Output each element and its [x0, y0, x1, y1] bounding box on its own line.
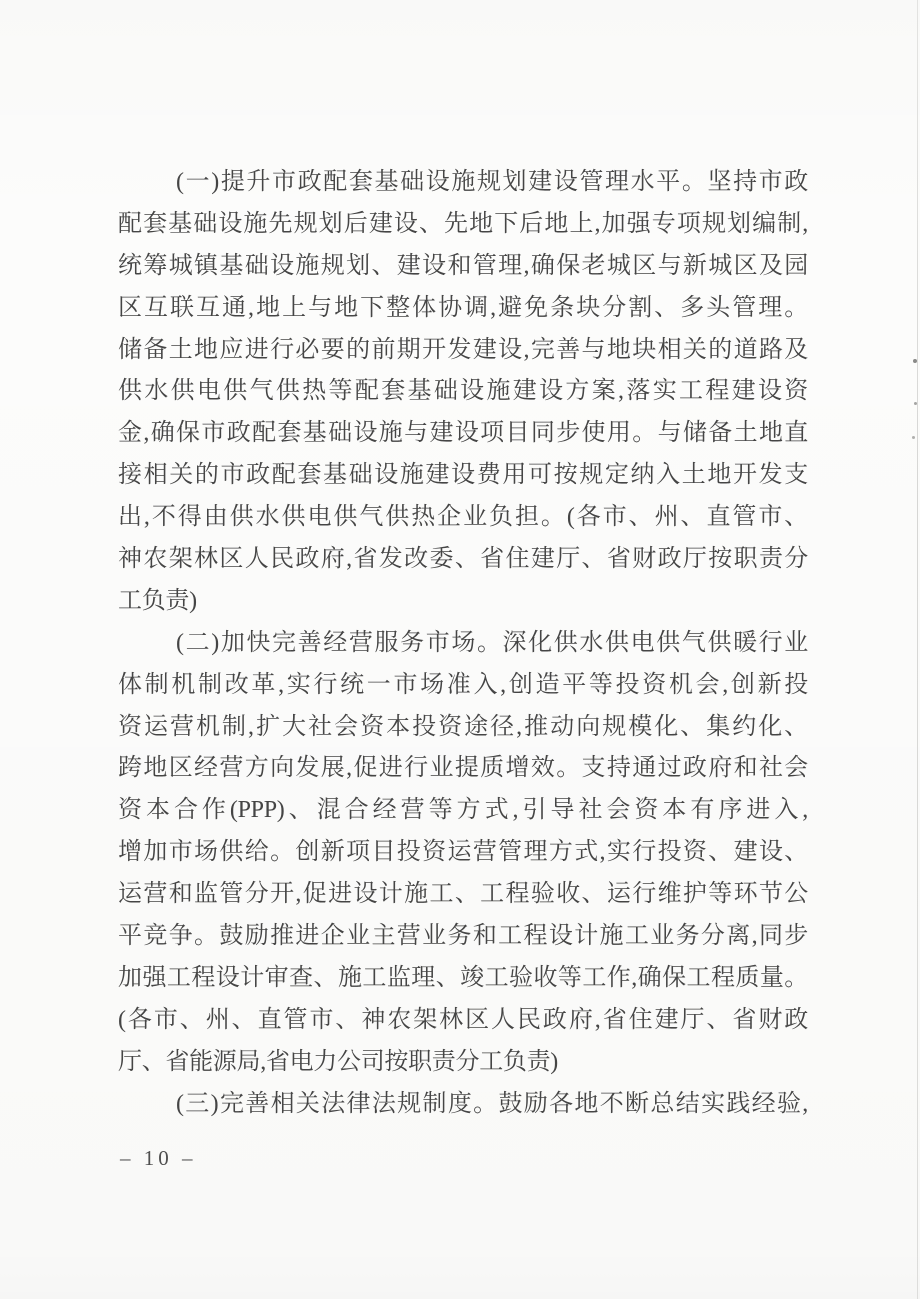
text-line: 体制机制改革,实行统一市场准入,创造平等投资机会,创新投 — [118, 665, 808, 707]
text-line: 接相关的市政配套基础设施建设费用可按规定纳入土地开发支 — [118, 455, 808, 497]
text-line: 增加市场供给。创新项目投资运营管理方式,实行投资、建设、 — [118, 832, 808, 874]
text-line: (各市、州、直管市、神农架林区人民政府,省住建厅、省财政 — [118, 1000, 808, 1042]
text-line: (三)完善相关法律法规制度。鼓励各地不断总结实践经验, — [118, 1084, 808, 1126]
text-line: 运营和监管分开,促进设计施工、工程验收、运行维护等环节公 — [118, 874, 808, 916]
text-line: 平竞争。鼓励推进企业主营业务和工程设计施工业务分离,同步 — [118, 916, 808, 958]
text-line: 出,不得由供水供电供气供热企业负担。(各市、州、直管市、 — [118, 497, 808, 539]
text-line: 储备土地应进行必要的前期开发建设,完善与地块相关的道路及 — [118, 330, 808, 372]
scan-speck — [914, 402, 917, 405]
text-line: 加强工程设计审查、施工监理、竣工验收等工作,确保工程质量。 — [118, 958, 808, 1000]
document-text-block: (一)提升市政配套基础设施规划建设管理水平。坚持市政 配套基础设施先规划后建设、… — [118, 162, 808, 1125]
scan-speck — [912, 436, 915, 439]
text-line: 统筹城镇基础设施规划、建设和管理,确保老城区与新城区及园 — [118, 246, 808, 288]
text-line: (二)加快完善经营服务市场。深化供水供电供气供暖行业 — [118, 623, 808, 665]
text-line: 区互联互通,地上与地下整体协调,避免条块分割、多头管理。 — [118, 288, 808, 330]
text-line: 工负责) — [118, 581, 808, 623]
text-line: 资运营机制,扩大社会资本投资途径,推动向规模化、集约化、 — [118, 707, 808, 749]
document-page: (一)提升市政配套基础设施规划建设管理水平。坚持市政 配套基础设施先规划后建设、… — [0, 0, 920, 1299]
text-line: 跨地区经营方向发展,促进行业提质增效。支持通过政府和社会 — [118, 748, 808, 790]
text-line: 金,确保市政配套基础设施与建设项目同步使用。与储备土地直 — [118, 413, 808, 455]
text-line: 供水供电供气供热等配套基础设施建设方案,落实工程建设资 — [118, 371, 808, 413]
text-line: 神农架林区人民政府,省发改委、省住建厅、省财政厅按职责分 — [118, 539, 808, 581]
text-line: (一)提升市政配套基础设施规划建设管理水平。坚持市政 — [118, 162, 808, 204]
scan-edge-line — [917, 0, 918, 1299]
text-line: 配套基础设施先规划后建设、先地下后地上,加强专项规划编制, — [118, 204, 808, 246]
text-line: 资本合作(PPP)、混合经营等方式,引导社会资本有序进入, — [118, 790, 808, 832]
page-number: – 10 – — [120, 1146, 197, 1171]
text-line: 厅、省能源局,省电力公司按职责分工负责) — [118, 1042, 808, 1084]
scan-speck — [913, 359, 917, 363]
